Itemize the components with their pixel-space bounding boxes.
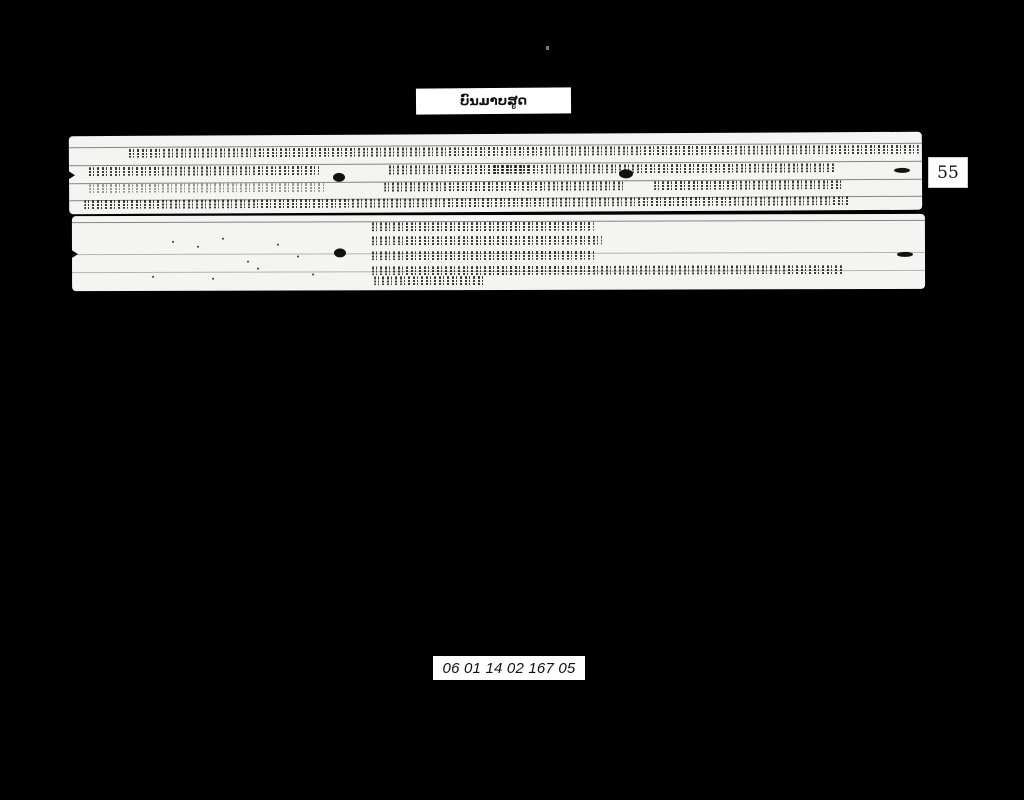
script-line — [84, 195, 849, 209]
dust-mark — [546, 46, 549, 50]
page-number-label: 55 — [928, 157, 968, 188]
script-line — [372, 235, 602, 246]
string-hole — [619, 169, 633, 178]
catalog-number-label: 06 01 14 02 167 05 — [433, 656, 585, 680]
script-line — [89, 165, 319, 176]
edge-mark — [894, 168, 910, 173]
speck — [172, 241, 174, 243]
script-line — [384, 180, 624, 191]
manuscript-leaf-1 — [69, 132, 922, 214]
manuscript-leaf-2 — [72, 214, 925, 291]
title-text: ບົນມາບສູດ — [460, 93, 527, 109]
string-hole-notch — [69, 170, 75, 180]
script-line — [89, 182, 324, 193]
catalog-number: 06 01 14 02 167 05 — [443, 660, 576, 677]
speck — [297, 256, 299, 258]
script-line — [494, 162, 834, 174]
speck — [222, 238, 224, 240]
speck — [197, 246, 199, 248]
script-line — [374, 275, 484, 285]
edge-mark — [897, 252, 913, 257]
string-hole — [333, 173, 345, 182]
speck — [152, 276, 154, 278]
script-line — [372, 221, 594, 232]
string-hole — [334, 248, 346, 257]
script-line — [372, 264, 842, 275]
page-number: 55 — [937, 163, 959, 183]
script-line — [654, 179, 844, 190]
title-label: ບົນມາບສູດ — [416, 87, 571, 114]
speck — [247, 261, 249, 263]
speck — [312, 273, 314, 275]
speck — [257, 268, 259, 270]
speck — [212, 278, 214, 280]
speck — [277, 244, 279, 246]
script-line — [372, 250, 594, 261]
